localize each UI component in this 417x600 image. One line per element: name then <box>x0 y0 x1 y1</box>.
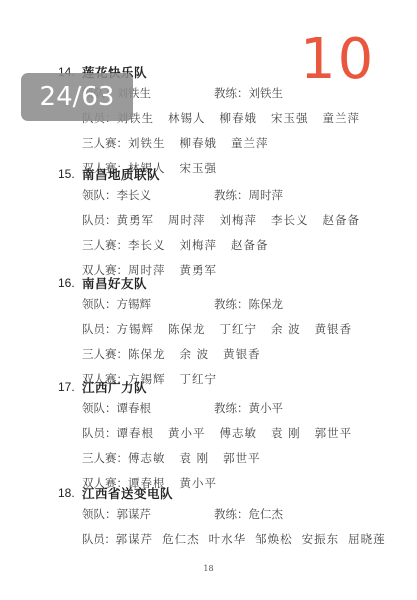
members-row: 队员：谭春根黄小平傅志敏袁 刚郭世平 <box>58 421 366 446</box>
team-number: 16. <box>58 276 82 290</box>
leader-row: 领队：郭谋芹教练：危仁杰 <box>58 502 386 527</box>
page-counter-overlay: 24/63 <box>21 73 133 121</box>
page-number: 18 <box>0 564 417 573</box>
section-number-badge: 10 <box>300 30 375 90</box>
team-number: 18. <box>58 486 82 500</box>
team-name: 南昌地质联队 <box>82 165 160 183</box>
team-17: 17.江西广力队 领队：谭春根教练：黄小平 队员：谭春根黄小平傅志敏袁 刚郭世平… <box>58 378 366 496</box>
team-number: 17. <box>58 380 82 394</box>
team-15: 15.南昌地质联队 领队：李长义教练：周时萍 队员：黄勇军周时萍刘梅萍李长义赵备… <box>58 165 374 283</box>
team-number: 15. <box>58 167 82 181</box>
coach: 教练：黄小平 <box>214 396 283 421</box>
coach: 教练：危仁杰 <box>214 502 283 527</box>
team-18: 18.江西省送变电队 领队：郭谋芹教练：危仁杰 队员：郭谋芹危仁杰叶水华邹焕松安… <box>58 484 386 552</box>
members-row: 队员：方锡辉陈保龙丁红宁余 波黄银香 <box>58 317 366 342</box>
team-16: 16.南昌好友队 领队：方锡辉教练：陈保龙 队员：方锡辉陈保龙丁红宁余 波黄银香… <box>58 274 366 392</box>
members-row: 队员：黄勇军周时萍刘梅萍李长义赵备备 <box>58 208 374 233</box>
leader-row: 领队：谭春根教练：黄小平 <box>58 396 366 421</box>
trio-row: 三人赛：李长义刘梅萍赵备备 <box>58 233 374 258</box>
team-name: 南昌好友队 <box>82 274 147 292</box>
coach: 教练：周时萍 <box>214 183 283 208</box>
members-row: 队员：郭谋芹危仁杰叶水华邹焕松安振东屈晓莲 <box>58 527 386 552</box>
trio-row: 三人赛：刘铁生柳春娥童兰萍 <box>58 131 374 156</box>
team-name: 江西广力队 <box>82 378 147 396</box>
trio-row: 三人赛：傅志敏袁 刚郭世平 <box>58 446 366 471</box>
coach: 教练：刘铁生 <box>214 81 283 106</box>
coach: 教练：陈保龙 <box>214 292 283 317</box>
team-name: 江西省送变电队 <box>82 484 173 502</box>
leader-row: 领队：方锡辉教练：陈保龙 <box>58 292 366 317</box>
leader-row: 领队：李长义教练：周时萍 <box>58 183 374 208</box>
trio-row: 三人赛：陈保龙余 波黄银香 <box>58 342 366 367</box>
